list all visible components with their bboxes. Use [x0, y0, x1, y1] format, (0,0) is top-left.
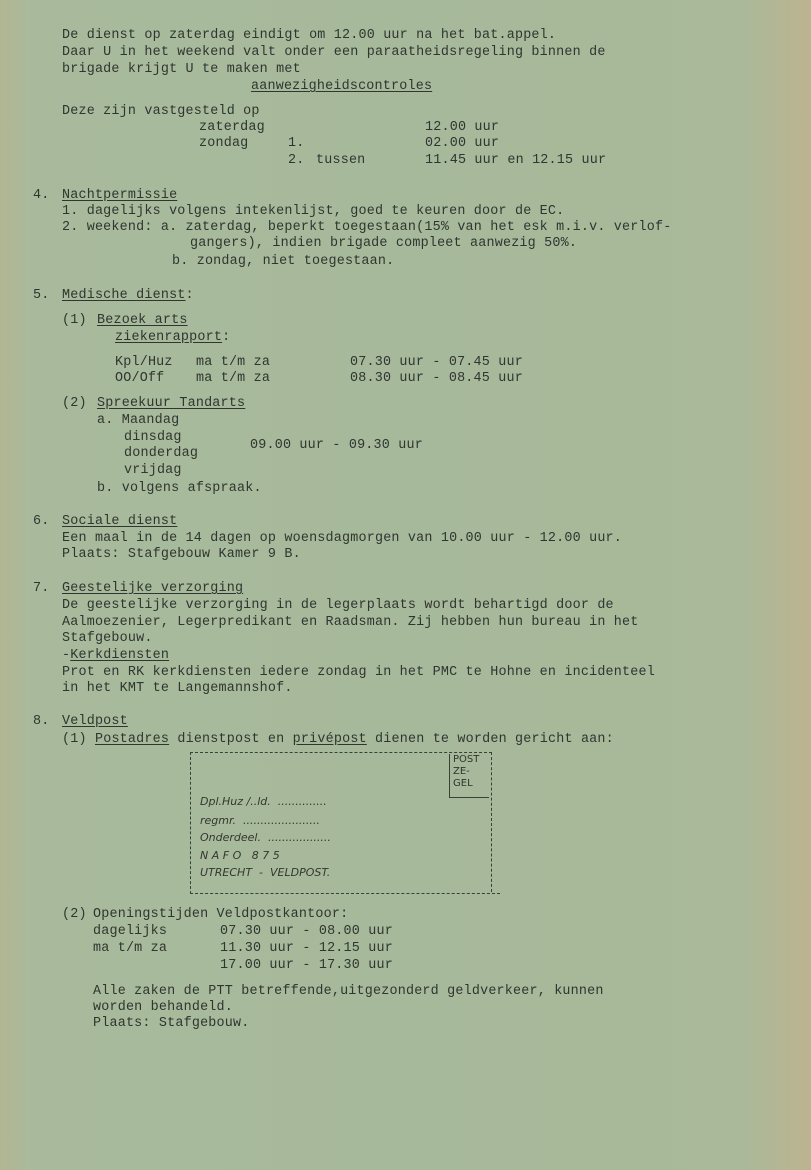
colon: : [222, 330, 230, 345]
envelope-border [190, 752, 492, 753]
schedule-time: 11.45 uur en 12.15 uur [425, 153, 606, 169]
envelope-border [491, 752, 492, 892]
postadres-line: (1) Postadres dienstpost en privépost di… [62, 732, 614, 748]
subsection-number: (2) [62, 907, 87, 923]
schedule-time: 02.00 uur [425, 136, 499, 152]
subsection-title-wrap: ziekenrapport: [115, 330, 230, 346]
section-line: worden behandeld. [93, 1000, 233, 1016]
subsection-title: Bezoek arts [97, 313, 188, 329]
stamp-text: ZE- [453, 766, 489, 778]
rank: OO/Off [115, 371, 164, 387]
schedule-num: 1. [288, 136, 304, 152]
time: 08.30 uur - 08.45 uur [350, 371, 523, 387]
appointment-note: b. volgens afspraak. [97, 481, 262, 497]
intro-line: Daar U in het weekend valt onder een par… [62, 45, 606, 61]
subheading-wrap: -Kerkdiensten [62, 648, 169, 664]
hours-time: 11.30 uur - 12.15 uur [220, 941, 393, 957]
stamp-text: POST [453, 754, 489, 766]
day: dinsdag [124, 430, 182, 446]
address-line: Onderdeel. .................. [200, 830, 331, 846]
underlined-text: privépost [293, 732, 367, 747]
stamp-box: POST ZE- GEL [449, 754, 489, 798]
address-line: regmr. ...................... [200, 813, 320, 829]
address-line: N A F O 8 7 5 [200, 848, 280, 864]
section-line: Prot en RK kerkdiensten iedere zondag in… [62, 665, 655, 681]
hours-label: ma t/m za [93, 941, 167, 957]
days: ma t/m za [196, 371, 270, 387]
intro-line: De dienst op zaterdag eindigt om 12.00 u… [62, 28, 556, 44]
address-envelope: POST ZE- GEL Dpl.Huz /..ld. ............… [190, 752, 492, 894]
time: 07.30 uur - 07.45 uur [350, 355, 523, 371]
text: dienstpost en [177, 732, 284, 747]
subsection-title: ziekenrapport [115, 330, 222, 345]
section-line: Stafgebouw. [62, 631, 153, 647]
intro-line: brigade krijgt U te maken met [62, 62, 301, 78]
envelope-border [190, 893, 500, 894]
section-line: Plaats: Stafgebouw Kamer 9 B. [62, 547, 301, 563]
section-line: gangers), indien brigade compleet aanwez… [190, 236, 577, 252]
subheading: Kerkdiensten [70, 648, 169, 663]
section-line: Een maal in de 14 dagen op woensdagmorge… [62, 531, 622, 547]
schedule-day: zondag [199, 136, 248, 152]
section-number: 4. [33, 188, 49, 204]
controls-heading: aanwezigheidscontroles [251, 79, 432, 95]
section-line: b. zondag, niet toegestaan. [172, 254, 394, 270]
day: donderdag [124, 446, 198, 462]
subsection-title: Openingstijden Veldpostkantoor: [93, 907, 348, 923]
hours-time: 07.30 uur - 08.00 uur [220, 924, 393, 940]
rank: Kpl/Huz [115, 355, 173, 371]
subsection-title: Postadres [95, 732, 169, 747]
section-line: 1. dagelijks volgens intekenlijst, goed … [62, 204, 564, 220]
section-line: De geestelijke verzorging in de legerpla… [62, 598, 614, 614]
subsection-title: Spreekuur Tandarts [97, 396, 245, 412]
section-line: 2. weekend: a. zaterdag, beperkt toegest… [62, 220, 671, 236]
schedule-num: 2. [288, 153, 304, 169]
hours-time: 17.00 uur - 17.30 uur [220, 958, 393, 974]
section-title: Sociale dienst [62, 514, 177, 530]
section-number: 5. [33, 288, 49, 304]
section-number: 7. [33, 581, 49, 597]
section-title: Veldpost [62, 714, 128, 730]
envelope-border [190, 752, 191, 894]
section-title: Medische dienst [62, 288, 186, 303]
subsection-number: (1) [62, 313, 87, 329]
section-number: 6. [33, 514, 49, 530]
section-title: Geestelijke verzorging [62, 581, 243, 597]
intro-line: Deze zijn vastgesteld op [62, 104, 260, 120]
schedule-day: zaterdag [199, 120, 265, 136]
document-page: De dienst op zaterdag eindigt om 12.00 u… [0, 0, 811, 1170]
days: ma t/m za [196, 355, 270, 371]
schedule-time: 12.00 uur [425, 120, 499, 136]
subsection-number: (2) [62, 396, 87, 412]
section-number: 8. [33, 714, 49, 730]
day: a. Maandag [97, 413, 179, 429]
schedule-note: tussen [316, 153, 365, 169]
section-line: in het KMT te Langemannshof. [62, 681, 293, 697]
dentist-time: 09.00 uur - 09.30 uur [250, 438, 423, 454]
section-title-wrap: Medische dienst: [62, 288, 194, 304]
address-line: UTRECHT - VELDPOST. [200, 865, 330, 881]
section-line: Plaats: Stafgebouw. [93, 1016, 249, 1032]
stamp-text: GEL [453, 778, 489, 790]
text: dienen te worden gericht aan: [375, 732, 614, 747]
subsection-number: (1) [62, 732, 87, 747]
colon: : [186, 288, 194, 303]
hours-label: dagelijks [93, 924, 167, 940]
section-line: Aalmoezenier, Legerpredikant en Raadsman… [62, 615, 639, 631]
section-title: Nachtpermissie [62, 188, 177, 204]
section-line: Alle zaken de PTT betreffende,uitgezonde… [93, 984, 604, 1000]
address-line: Dpl.Huz /..ld. .............. [200, 794, 327, 810]
day: vrijdag [124, 463, 182, 479]
